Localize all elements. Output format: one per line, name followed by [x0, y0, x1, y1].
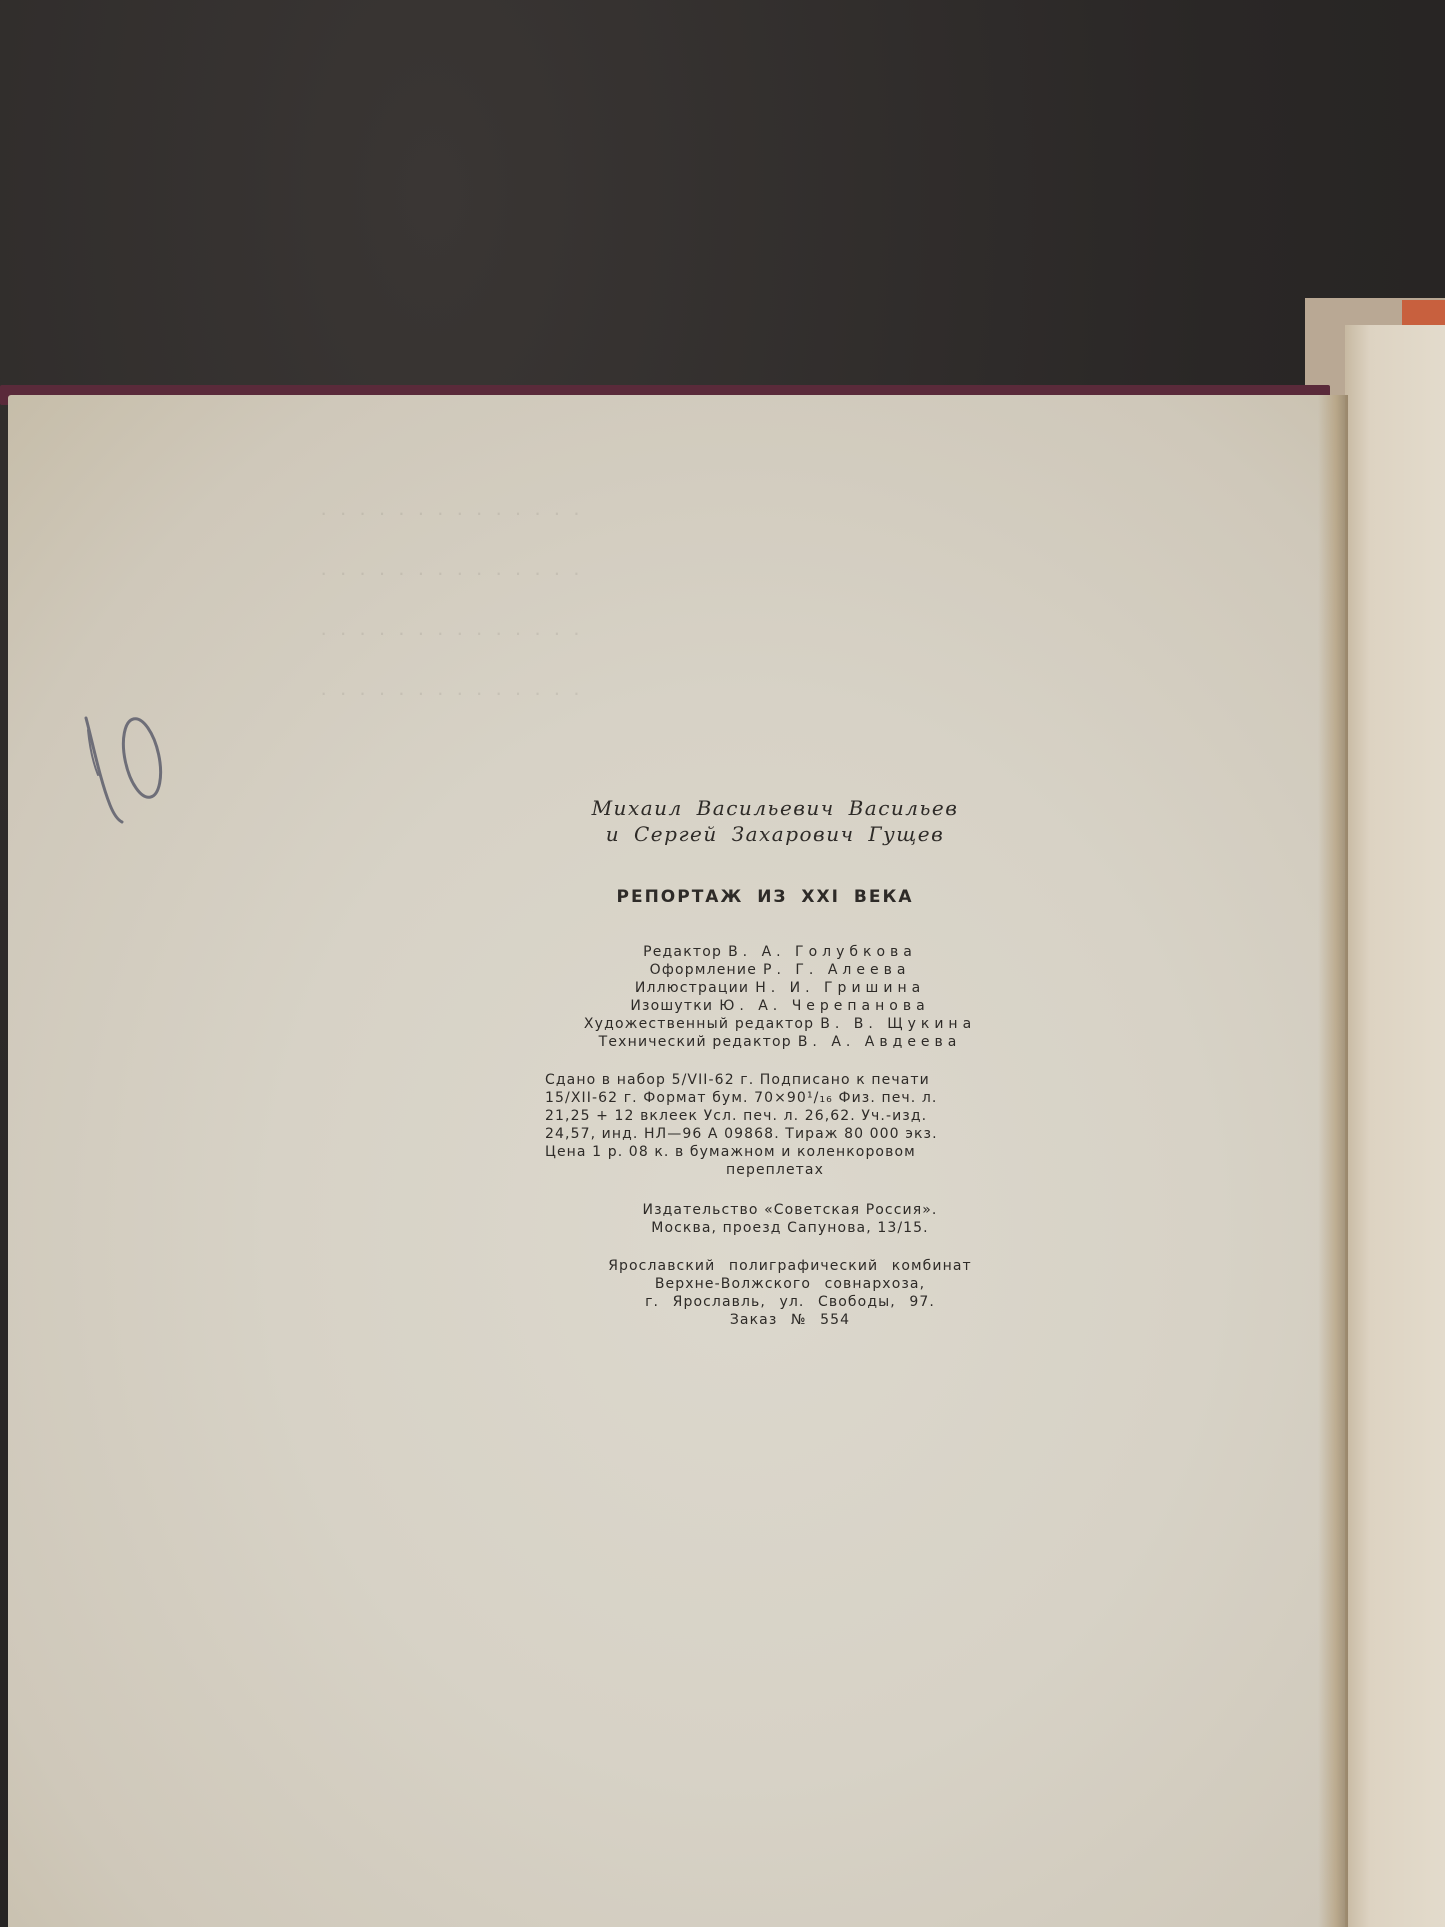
print-line: 15/XII-62 г. Формат бум. 70×90¹/₁₆ Физ. …	[545, 1089, 1005, 1107]
credit-role: Оформление	[650, 962, 757, 978]
credit-role: Технический редактор	[599, 1034, 792, 1050]
credit-row: Художественный редакторВ. В. Щукина	[520, 1015, 1040, 1033]
publisher-info: Издательство «Советская Россия». Москва,…	[540, 1201, 1040, 1237]
book-title: РЕПОРТАЖ ИЗ XXI ВЕКА	[490, 887, 1040, 907]
credit-role: Иллюстрации	[635, 980, 749, 996]
credit-name: В. В. Щукина	[820, 1016, 976, 1032]
order-number: Заказ № 554	[540, 1311, 1040, 1329]
facing-page	[1345, 325, 1445, 1927]
credit-row: ОформлениеР. Г. Алеева	[520, 961, 1040, 979]
author-line: Михаил Васильевич Васильев	[510, 795, 1040, 821]
credit-name: Н. И. Гришина	[755, 980, 925, 996]
printer-line: г. Ярославль, ул. Свободы, 97.	[540, 1293, 1040, 1311]
credit-row: Технический редакторВ. А. Авдеева	[520, 1033, 1040, 1051]
print-details: Сдано в набор 5/VII-62 г. Подписано к пе…	[545, 1071, 1005, 1179]
publisher-line: Издательство «Советская Россия».	[540, 1201, 1040, 1219]
credit-name: Р. Г. Алеева	[763, 962, 910, 978]
credits-list: РедакторВ. А. Голубкова ОформлениеР. Г. …	[520, 943, 1040, 1051]
credit-name: Ю. А. Черепанова	[719, 998, 929, 1014]
credit-row: ИллюстрацииН. И. Гришина	[520, 979, 1040, 997]
print-line: Сдано в набор 5/VII-62 г. Подписано к пе…	[545, 1071, 1005, 1089]
print-line: Цена 1 р. 08 к. в бумажном и коленкорово…	[545, 1143, 1005, 1161]
printer-line: Верхне-Волжского совнархоза,	[540, 1275, 1040, 1293]
handwritten-page-number	[80, 710, 170, 830]
author-line: и Сергей Захарович Гущев	[510, 821, 1040, 847]
credit-row: ИзошуткиЮ. А. Черепанова	[520, 997, 1040, 1015]
printer-line: Ярославский полиграфический комбинат	[540, 1257, 1040, 1275]
credit-name: В. А. Авдеева	[798, 1034, 962, 1050]
printer-info: Ярославский полиграфический комбинат Вер…	[540, 1257, 1040, 1329]
print-line: переплетах	[545, 1161, 1005, 1179]
credit-role: Изошутки	[630, 998, 713, 1014]
colophon: Михаил Васильевич Васильев и Сергей Заха…	[520, 795, 1040, 1329]
page-gutter-shadow	[1318, 395, 1348, 1927]
credit-role: Редактор	[643, 944, 722, 960]
credit-name: В. А. Голубкова	[728, 944, 917, 960]
publisher-line: Москва, проезд Сапунова, 13/15.	[540, 1219, 1040, 1237]
print-line: 24,57, инд. НЛ—96 А 09868. Тираж 80 000 …	[545, 1125, 1005, 1143]
authors: Михаил Васильевич Васильев и Сергей Заха…	[510, 795, 1040, 847]
print-line: 21,25 + 12 вклеек Усл. печ. л. 26,62. Уч…	[545, 1107, 1005, 1125]
credit-row: РедакторВ. А. Голубкова	[520, 943, 1040, 961]
credit-role: Художественный редактор	[584, 1016, 814, 1032]
